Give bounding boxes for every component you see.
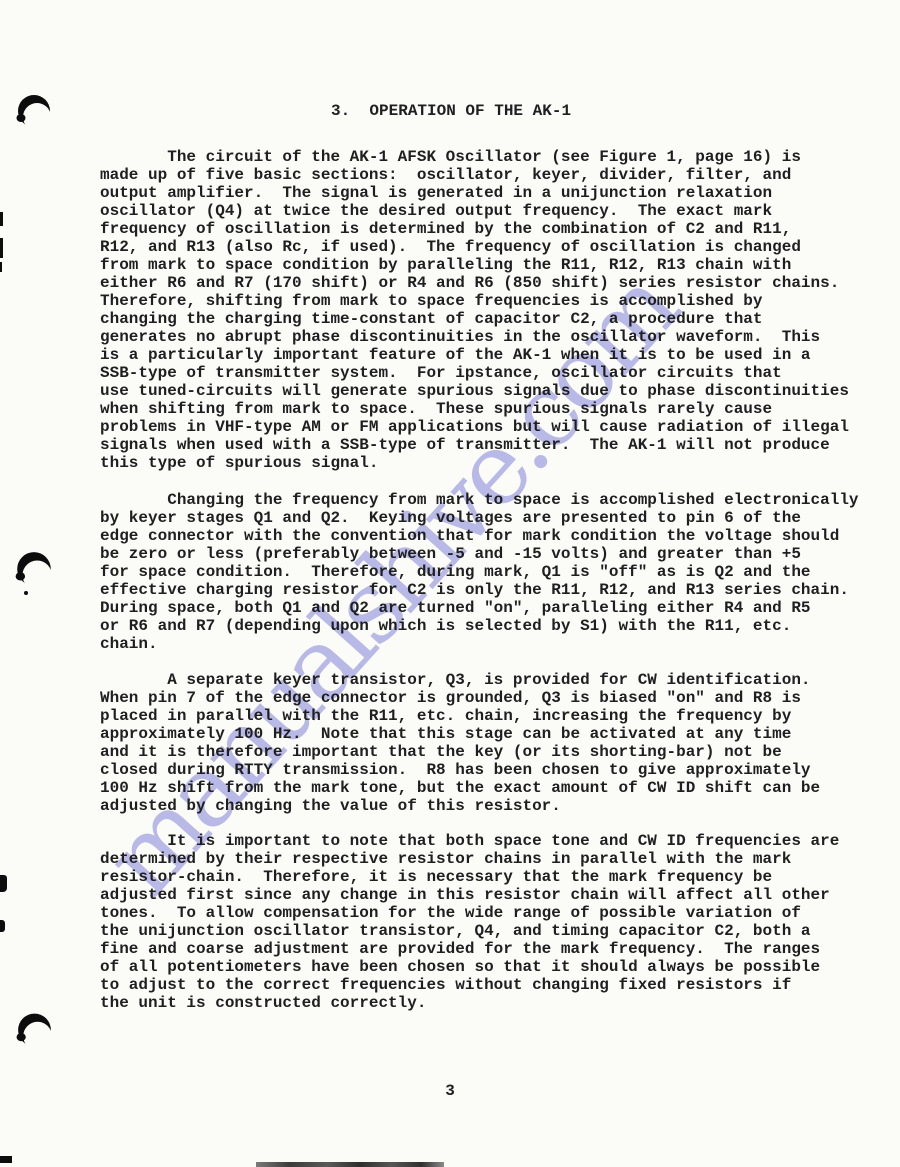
binder-ring-mark-bottom bbox=[14, 1010, 55, 1052]
section-title: 3. OPERATION OF THE AK-1 bbox=[331, 102, 571, 120]
paragraph-keyer-stages: Changing the frequency from mark to spac… bbox=[100, 491, 859, 653]
scanned-manual-page: manualshive.com 3. OPERATION OF THE AK-1… bbox=[0, 0, 900, 1167]
scan-edge-bar bbox=[256, 1162, 444, 1167]
binder-ring-mark-middle bbox=[13, 549, 55, 591]
page-number: 3 bbox=[0, 1082, 900, 1100]
edge-mark bbox=[0, 920, 5, 932]
edge-mark bbox=[0, 262, 2, 272]
edge-mark bbox=[0, 1156, 12, 1163]
paragraph-frequency-adjustment: It is important to note that both space … bbox=[100, 832, 839, 1012]
edge-mark bbox=[0, 875, 7, 892]
paragraph-circuit-overview: The circuit of the AK-1 AFSK Oscillator … bbox=[100, 148, 849, 472]
ink-speck bbox=[24, 591, 28, 595]
edge-mark bbox=[0, 238, 3, 258]
paragraph-cw-identification: A separate keyer transistor, Q3, is prov… bbox=[100, 671, 820, 815]
edge-mark bbox=[0, 212, 3, 226]
binder-ring-mark-top bbox=[14, 92, 54, 132]
